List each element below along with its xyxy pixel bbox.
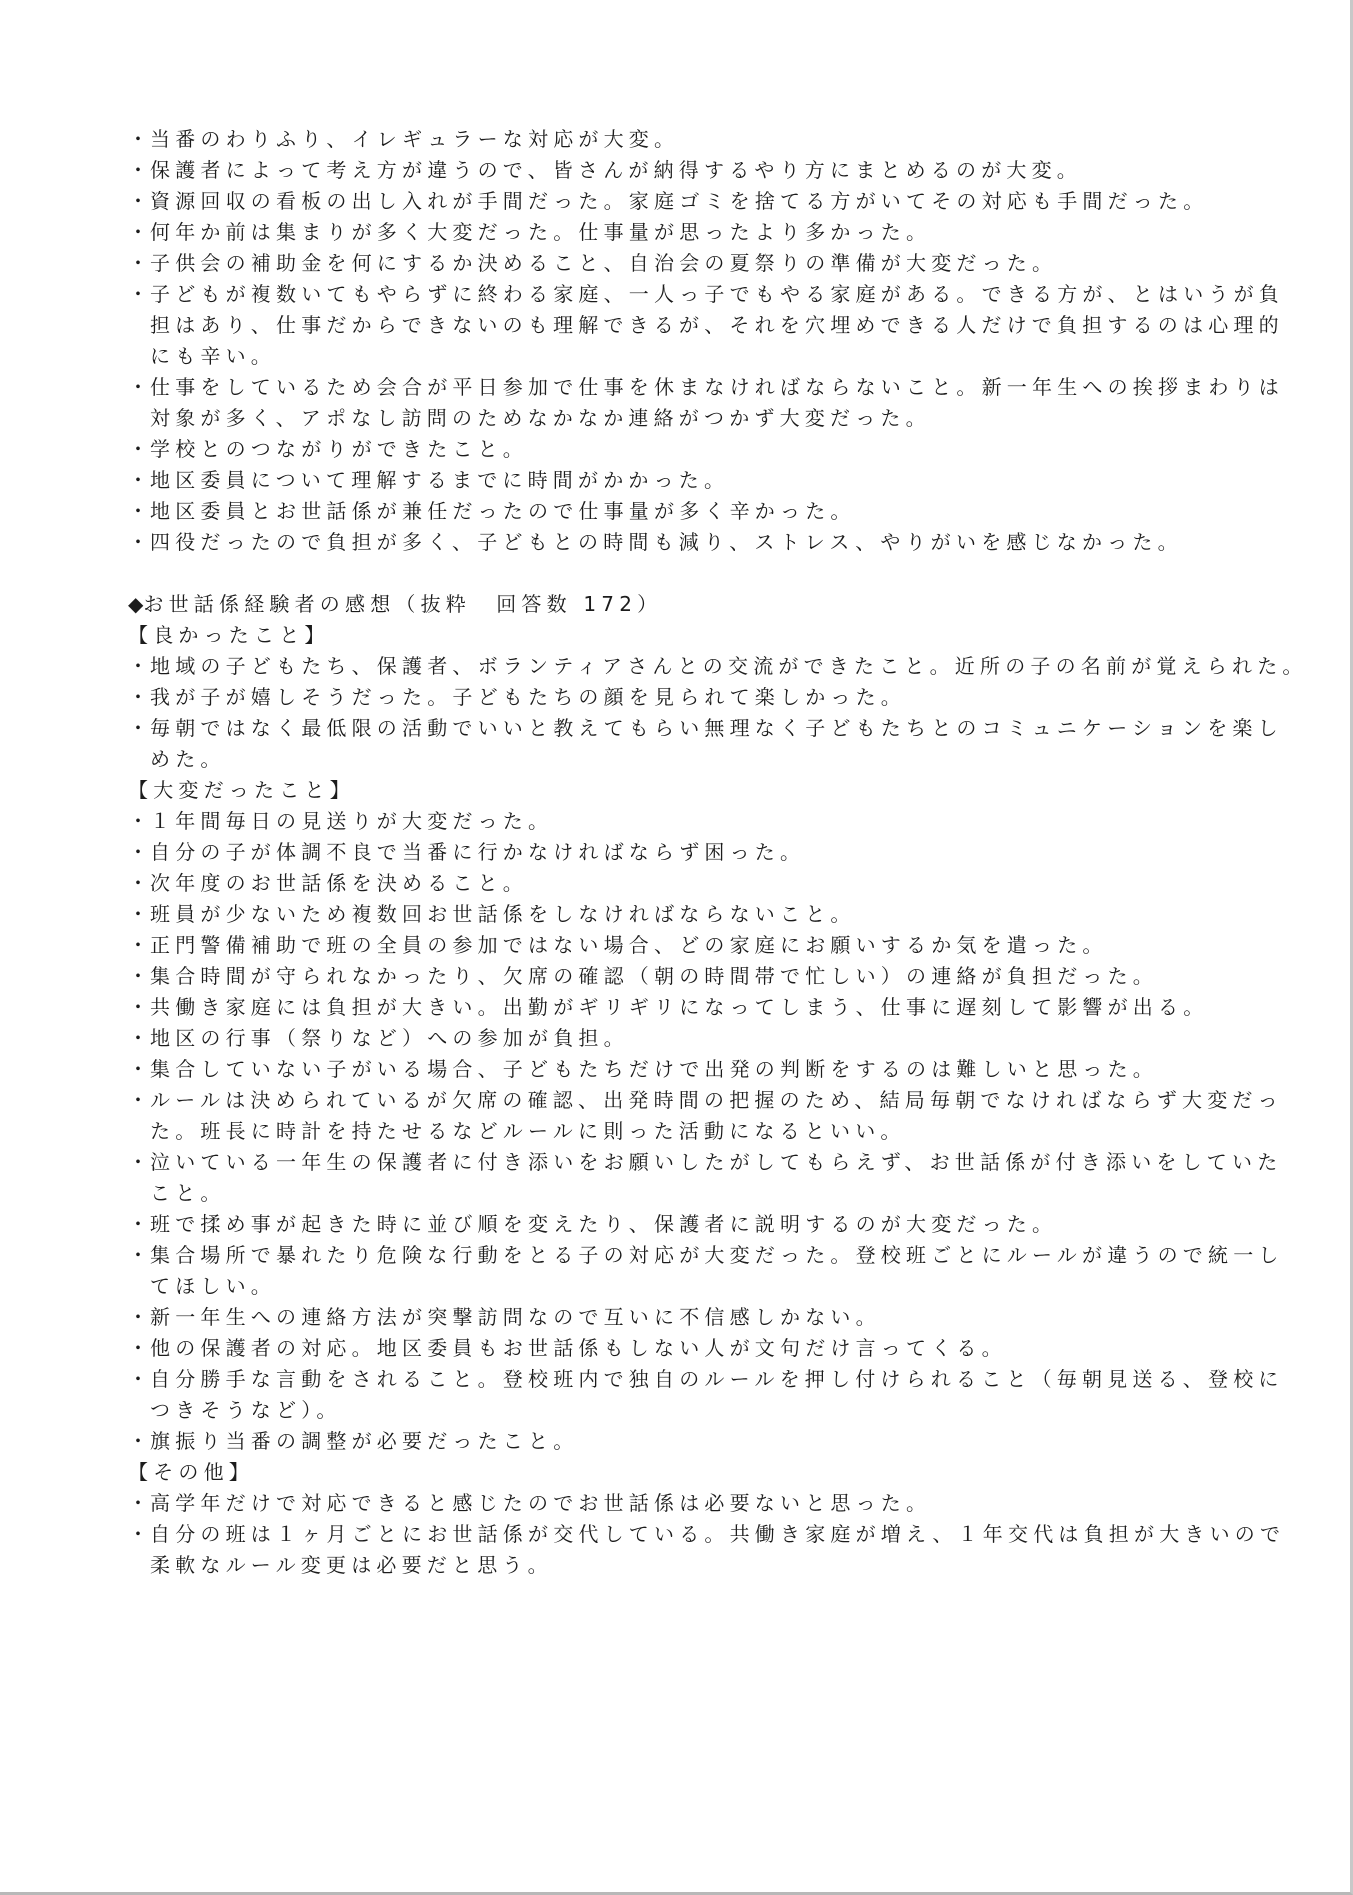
list-item-text: 集合場所で暴れたり危険な行動をとる子の対応が大変だった。登校班ごとにルールが違う… — [150, 1243, 1284, 1267]
list-item: ・高学年だけで対応できると感じたのでお世話係は必要ないと思った。 — [128, 1488, 1238, 1519]
list-item-text: 地域の子どもたち、保護者、ボランティアさんとの交流ができたこと。近所の子の名前が… — [150, 654, 1308, 678]
list-item: ・集合時間が守られなかったり、欠席の確認（朝の時間帯で忙しい）の連絡が負担だった… — [128, 961, 1238, 992]
bullet-icon: ・ — [128, 992, 150, 1023]
list-item: ・地区委員とお世話係が兼任だったので仕事量が多く辛かった。 — [128, 496, 1238, 527]
list-item-first-line: ・地区の行事（祭りなど）への参加が負担。 — [128, 1023, 1238, 1054]
feedback-group: 【良かったこと】・地域の子どもたち、保護者、ボランティアさんとの交流ができたこと… — [128, 620, 1238, 775]
list-item: ・地域の子どもたち、保護者、ボランティアさんとの交流ができたこと。近所の子の名前… — [128, 651, 1238, 682]
bullet-icon: ・ — [128, 527, 150, 558]
list-item: ・子供会の補助金を何にするか決めること、自治会の夏祭りの準備が大変だった。 — [128, 248, 1238, 279]
list-item-first-line: ・集合時間が守られなかったり、欠席の確認（朝の時間帯で忙しい）の連絡が負担だった… — [128, 961, 1238, 992]
group-heading: 【その他】 — [128, 1457, 1238, 1488]
list-item-text: た。班長に時計を持たせるなどルールに則った活動になるといい。 — [150, 1119, 906, 1143]
list-item: ・資源回収の看板の出し入れが手間だった。家庭ゴミを捨てる方がいてその対応も手間だ… — [128, 186, 1238, 217]
list-item-first-line: ・保護者によって考え方が違うので、皆さんが納得するやり方にまとめるのが大変。 — [128, 155, 1238, 186]
list-item: ・次年度のお世話係を決めること。 — [128, 868, 1238, 899]
list-item: ・地区委員について理解するまでに時間がかかった。 — [128, 465, 1238, 496]
list-item: ・四役だったので負担が多く、子どもとの時間も減り、ストレス、やりがいを感じなかっ… — [128, 527, 1238, 558]
list-item-text: 何年か前は集まりが多く大変だった。仕事量が思ったより多かった。 — [150, 220, 931, 244]
list-item-text: 自分勝手な言動をされること。登校班内で独自のルールを押し付けられること（毎朝見送… — [150, 1367, 1284, 1391]
list-item-first-line: ・１年間毎日の見送りが大変だった。 — [128, 806, 1238, 837]
list-item-text: 旗振り当番の調整が必要だったこと。 — [150, 1429, 578, 1453]
list-item-text: てほしい。 — [150, 1274, 276, 1298]
list-item-text: 対象が多く、アポなし訪問のためなかなか連絡がつかず大変だった。 — [150, 406, 931, 430]
list-item-first-line: ・当番のわりふり、イレギュラーな対応が大変。 — [128, 124, 1238, 155]
list-item-first-line: ・子どもが複数いてもやらずに終わる家庭、一人っ子でもやる家庭がある。できる方が、… — [128, 279, 1238, 310]
bullet-icon: ・ — [128, 961, 150, 992]
list-item-text: 担はあり、仕事だからできないのも理解できるが、それを穴埋めできる人だけで負担する… — [150, 313, 1284, 337]
list-item: ・何年か前は集まりが多く大変だった。仕事量が思ったより多かった。 — [128, 217, 1238, 248]
list-item: ・子どもが複数いてもやらずに終わる家庭、一人っ子でもやる家庭がある。できる方が、… — [128, 279, 1238, 372]
list-item-text: こと。 — [150, 1181, 226, 1205]
list-item: ・班員が少ないため複数回お世話係をしなければならないこと。 — [128, 899, 1238, 930]
list-item-text: 仕事をしているため会合が平日参加で仕事を休まなければならないこと。新一年生への挨… — [150, 375, 1284, 399]
bullet-icon: ・ — [128, 1333, 150, 1364]
list-item: ・他の保護者の対応。地区委員もお世話係もしない人が文句だけ言ってくる。 — [128, 1333, 1238, 1364]
list-item: ・自分の子が体調不良で当番に行かなければならず困った。 — [128, 837, 1238, 868]
list-item-first-line: ・次年度のお世話係を決めること。 — [128, 868, 1238, 899]
list-item-text: 自分の班は１ヶ月ごとにお世話係が交代している。共働き家庭が増え、１年交代は負担が… — [150, 1522, 1285, 1546]
feedback-group: 【その他】・高学年だけで対応できると感じたのでお世話係は必要ないと思った。・自分… — [128, 1457, 1238, 1581]
bullet-icon: ・ — [128, 899, 150, 930]
section-difficulties-list: ・当番のわりふり、イレギュラーな対応が大変。・保護者によって考え方が違うので、皆… — [128, 124, 1238, 558]
bullet-icon: ・ — [128, 217, 150, 248]
bullet-icon: ・ — [128, 1488, 150, 1519]
list-item: ・当番のわりふり、イレギュラーな対応が大変。 — [128, 124, 1238, 155]
list-item-first-line: ・資源回収の看板の出し入れが手間だった。家庭ゴミを捨てる方がいてその対応も手間だ… — [128, 186, 1238, 217]
group-heading: 【大変だったこと】 — [128, 775, 1238, 806]
list-item: ・毎朝ではなく最低限の活動でいいと教えてもらい無理なく子どもたちとのコミュニケー… — [128, 713, 1238, 775]
bullet-icon: ・ — [128, 434, 150, 465]
list-item-first-line: ・旗振り当番の調整が必要だったこと。 — [128, 1426, 1238, 1457]
list-item-first-line: ・高学年だけで対応できると感じたのでお世話係は必要ないと思った。 — [128, 1488, 1238, 1519]
list-item-first-line: ・班で揉め事が起きた時に並び順を変えたり、保護者に説明するのが大変だった。 — [128, 1209, 1238, 1240]
bullet-icon: ・ — [128, 1240, 150, 1271]
diamond-icon: ◆ — [128, 592, 143, 616]
bullet-icon: ・ — [128, 1519, 150, 1550]
list-item-text: 自分の子が体調不良で当番に行かなければならず困った。 — [150, 840, 805, 864]
list-item-text: 集合時間が守られなかったり、欠席の確認（朝の時間帯で忙しい）の連絡が負担だった。 — [150, 964, 1158, 988]
list-item-first-line: ・地区委員とお世話係が兼任だったので仕事量が多く辛かった。 — [128, 496, 1238, 527]
list-item: ・学校とのつながりができたこと。 — [128, 434, 1238, 465]
bullet-icon: ・ — [128, 186, 150, 217]
list-item: ・班で揉め事が起きた時に並び順を変えたり、保護者に説明するのが大変だった。 — [128, 1209, 1238, 1240]
list-item-text: 集合していない子がいる場合、子どもたちだけで出発の判断をするのは難しいと思った。 — [150, 1057, 1158, 1081]
list-item-first-line: ・自分の子が体調不良で当番に行かなければならず困った。 — [128, 837, 1238, 868]
bullet-icon: ・ — [128, 155, 150, 186]
bullet-icon: ・ — [128, 279, 150, 310]
list-item-continuation-line: 対象が多く、アポなし訪問のためなかなか連絡がつかず大変だった。 — [128, 403, 1238, 434]
bullet-icon: ・ — [128, 465, 150, 496]
list-item: ・共働き家庭には負担が大きい。出勤がギリギリになってしまう、仕事に遅刻して影響が… — [128, 992, 1238, 1023]
section-spacer — [128, 558, 1238, 589]
list-item-text: つきそうなど）。 — [150, 1398, 342, 1422]
list-item-text: 班員が少ないため複数回お世話係をしなければならないこと。 — [150, 902, 856, 926]
list-item-text: 高学年だけで対応できると感じたのでお世話係は必要ないと思った。 — [150, 1491, 931, 1515]
list-item-first-line: ・何年か前は集まりが多く大変だった。仕事量が思ったより多かった。 — [128, 217, 1238, 248]
list-item: ・新一年生への連絡方法が突撃訪問なので互いに不信感しかない。 — [128, 1302, 1238, 1333]
list-item-first-line: ・地区委員について理解するまでに時間がかかった。 — [128, 465, 1238, 496]
list-item-first-line: ・集合場所で暴れたり危険な行動をとる子の対応が大変だった。登校班ごとにルールが違… — [128, 1240, 1238, 1271]
list-item-first-line: ・四役だったので負担が多く、子どもとの時間も減り、ストレス、やりがいを感じなかっ… — [128, 527, 1238, 558]
list-item-text: 四役だったので負担が多く、子どもとの時間も減り、ストレス、やりがいを感じなかった… — [150, 530, 1183, 554]
bullet-icon: ・ — [128, 1209, 150, 1240]
section-caretaker-impressions: ◆お世話係経験者の感想（抜粋 回答数 172）【良かったこと】・地域の子どもたち… — [128, 589, 1238, 1581]
list-item-text: 地区の行事（祭りなど）への参加が負担。 — [150, 1026, 629, 1050]
list-item-text: 資源回収の看板の出し入れが手間だった。家庭ゴミを捨てる方がいてその対応も手間だっ… — [150, 189, 1208, 213]
list-item-first-line: ・泣いている一年生の保護者に付き添いをお願いしたがしてもらえず、お世話係が付き添… — [128, 1147, 1238, 1178]
bullet-icon: ・ — [128, 806, 150, 837]
bullet-icon: ・ — [128, 124, 150, 155]
document-page: ・当番のわりふり、イレギュラーな対応が大変。・保護者によって考え方が違うので、皆… — [0, 0, 1353, 1895]
bullet-icon: ・ — [128, 837, 150, 868]
list-item-first-line: ・地域の子どもたち、保護者、ボランティアさんとの交流ができたこと。近所の子の名前… — [128, 651, 1238, 682]
list-item-text: 毎朝ではなく最低限の活動でいいと教えてもらい無理なく子どもたちとのコミュニケーシ… — [150, 716, 1283, 740]
list-item-text: 学校とのつながりができたこと。 — [150, 437, 528, 461]
list-item: ・１年間毎日の見送りが大変だった。 — [128, 806, 1238, 837]
list-item-text: めた。 — [150, 747, 226, 771]
list-item-first-line: ・我が子が嬉しそうだった。子どもたちの顔を見られて楽しかった。 — [128, 682, 1238, 713]
bullet-icon: ・ — [128, 372, 150, 403]
list-item: ・自分の班は１ヶ月ごとにお世話係が交代している。共働き家庭が増え、１年交代は負担… — [128, 1519, 1238, 1581]
list-item: ・自分勝手な言動をされること。登校班内で独自のルールを押し付けられること（毎朝見… — [128, 1364, 1238, 1426]
bullet-icon: ・ — [128, 248, 150, 279]
bullet-icon: ・ — [128, 1426, 150, 1457]
list-item: ・地区の行事（祭りなど）への参加が負担。 — [128, 1023, 1238, 1054]
list-item-text: 泣いている一年生の保護者に付き添いをお願いしたがしてもらえず、お世話係が付き添い… — [150, 1150, 1282, 1174]
bullet-icon: ・ — [128, 930, 150, 961]
section-title: ◆お世話係経験者の感想（抜粋 回答数 172） — [128, 589, 1238, 620]
list-item-text: １年間毎日の見送りが大変だった。 — [150, 809, 553, 833]
bullet-icon: ・ — [128, 651, 150, 682]
list-item-text: 他の保護者の対応。地区委員もお世話係もしない人が文句だけ言ってくる。 — [150, 1336, 1007, 1360]
bullet-icon: ・ — [128, 868, 150, 899]
list-item-first-line: ・毎朝ではなく最低限の活動でいいと教えてもらい無理なく子どもたちとのコミュニケー… — [128, 713, 1238, 744]
list-item: ・泣いている一年生の保護者に付き添いをお願いしたがしてもらえず、お世話係が付き添… — [128, 1147, 1238, 1209]
list-item: ・集合場所で暴れたり危険な行動をとる子の対応が大変だった。登校班ごとにルールが違… — [128, 1240, 1238, 1302]
list-item-text: にも辛い。 — [150, 344, 276, 368]
bullet-icon: ・ — [128, 1302, 150, 1333]
list-item-text: 共働き家庭には負担が大きい。出勤がギリギリになってしまう、仕事に遅刻して影響が出… — [150, 995, 1208, 1019]
list-item-text: 地区委員について理解するまでに時間がかかった。 — [150, 468, 729, 492]
list-item-text: 我が子が嬉しそうだった。子どもたちの顔を見られて楽しかった。 — [150, 685, 906, 709]
list-item-first-line: ・正門警備補助で班の全員の参加ではない場合、どの家庭にお願いするか気を遣った。 — [128, 930, 1238, 961]
list-item-text: 当番のわりふり、イレギュラーな対応が大変。 — [150, 127, 679, 151]
list-item: ・旗振り当番の調整が必要だったこと。 — [128, 1426, 1238, 1457]
list-item: ・我が子が嬉しそうだった。子どもたちの顔を見られて楽しかった。 — [128, 682, 1238, 713]
list-item: ・保護者によって考え方が違うので、皆さんが納得するやり方にまとめるのが大変。 — [128, 155, 1238, 186]
list-item-first-line: ・自分勝手な言動をされること。登校班内で独自のルールを押し付けられること（毎朝見… — [128, 1364, 1238, 1395]
list-item-first-line: ・新一年生への連絡方法が突撃訪問なので互いに不信感しかない。 — [128, 1302, 1238, 1333]
list-item-first-line: ・集合していない子がいる場合、子どもたちだけで出発の判断をするのは難しいと思った… — [128, 1054, 1238, 1085]
list-item-continuation-line: にも辛い。 — [128, 341, 1238, 372]
bullet-icon: ・ — [128, 1147, 150, 1178]
bullet-icon: ・ — [128, 682, 150, 713]
list-item-first-line: ・学校とのつながりができたこと。 — [128, 434, 1238, 465]
bullet-icon: ・ — [128, 713, 150, 744]
feedback-group: 【大変だったこと】・１年間毎日の見送りが大変だった。・自分の子が体調不良で当番に… — [128, 775, 1238, 1457]
list-item-continuation-line: 担はあり、仕事だからできないのも理解できるが、それを穴埋めできる人だけで負担する… — [128, 310, 1238, 341]
list-item-first-line: ・仕事をしているため会合が平日参加で仕事を休まなければならないこと。新一年生への… — [128, 372, 1238, 403]
list-item-first-line: ・他の保護者の対応。地区委員もお世話係もしない人が文句だけ言ってくる。 — [128, 1333, 1238, 1364]
list-item-continuation-line: めた。 — [128, 744, 1238, 775]
list-item: ・ルールは決められているが欠席の確認、出発時間の把握のため、結局毎朝でなければな… — [128, 1085, 1238, 1147]
list-item: ・正門警備補助で班の全員の参加ではない場合、どの家庭にお願いするか気を遣った。 — [128, 930, 1238, 961]
list-item-text: 保護者によって考え方が違うので、皆さんが納得するやり方にまとめるのが大変。 — [150, 158, 1082, 182]
list-item-continuation-line: つきそうなど）。 — [128, 1395, 1238, 1426]
bullet-icon: ・ — [128, 1364, 150, 1395]
list-item-text: 柔軟なルール変更は必要だと思う。 — [150, 1553, 553, 1577]
bullet-icon: ・ — [128, 496, 150, 527]
list-item-first-line: ・ルールは決められているが欠席の確認、出発時間の把握のため、結局毎朝でなければな… — [128, 1085, 1238, 1116]
list-item-continuation-line: 柔軟なルール変更は必要だと思う。 — [128, 1550, 1238, 1581]
list-item-text: 班で揉め事が起きた時に並び順を変えたり、保護者に説明するのが大変だった。 — [150, 1212, 1057, 1236]
list-item: ・仕事をしているため会合が平日参加で仕事を休まなければならないこと。新一年生への… — [128, 372, 1238, 434]
list-item-first-line: ・共働き家庭には負担が大きい。出勤がギリギリになってしまう、仕事に遅刻して影響が… — [128, 992, 1238, 1023]
list-item-first-line: ・子供会の補助金を何にするか決めること、自治会の夏祭りの準備が大変だった。 — [128, 248, 1238, 279]
bullet-icon: ・ — [128, 1054, 150, 1085]
list-item-text: ルールは決められているが欠席の確認、出発時間の把握のため、結局毎朝でなければなら… — [150, 1088, 1283, 1112]
bullet-icon: ・ — [128, 1085, 150, 1116]
group-heading: 【良かったこと】 — [128, 620, 1238, 651]
list-item-continuation-line: た。班長に時計を持たせるなどルールに則った活動になるといい。 — [128, 1116, 1238, 1147]
section-title-text: お世話係経験者の感想（抜粋 回答数 172） — [143, 592, 662, 616]
list-item-continuation-line: こと。 — [128, 1178, 1238, 1209]
list-item-continuation-line: てほしい。 — [128, 1271, 1238, 1302]
list-item-first-line: ・班員が少ないため複数回お世話係をしなければならないこと。 — [128, 899, 1238, 930]
list-item: ・集合していない子がいる場合、子どもたちだけで出発の判断をするのは難しいと思った… — [128, 1054, 1238, 1085]
list-item-text: 子供会の補助金を何にするか決めること、自治会の夏祭りの準備が大変だった。 — [150, 251, 1057, 275]
document-body: ・当番のわりふり、イレギュラーな対応が大変。・保護者によって考え方が違うので、皆… — [128, 124, 1238, 1581]
bullet-icon: ・ — [128, 1023, 150, 1054]
list-item-text: 次年度のお世話係を決めること。 — [150, 871, 528, 895]
list-item-text: 子どもが複数いてもやらずに終わる家庭、一人っ子でもやる家庭がある。できる方が、と… — [150, 282, 1284, 306]
list-item-text: 地区委員とお世話係が兼任だったので仕事量が多く辛かった。 — [150, 499, 856, 523]
list-item-first-line: ・自分の班は１ヶ月ごとにお世話係が交代している。共働き家庭が増え、１年交代は負担… — [128, 1519, 1238, 1550]
list-item-text: 正門警備補助で班の全員の参加ではない場合、どの家庭にお願いするか気を遣った。 — [150, 933, 1108, 957]
list-item-text: 新一年生への連絡方法が突撃訪問なので互いに不信感しかない。 — [150, 1305, 881, 1329]
